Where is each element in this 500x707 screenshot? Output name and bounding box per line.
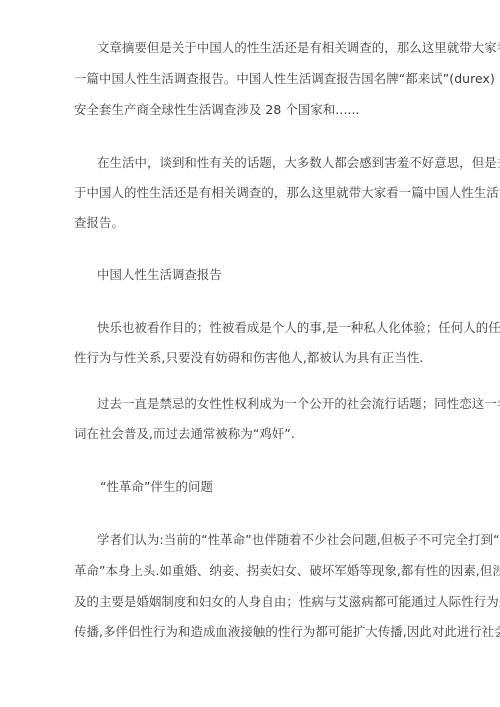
text-line: 文章摘要但是关于中国人的性生活还是有相关调查的，那么这里就带大家看 [97, 40, 500, 56]
section-heading: 中国人性生活调查报告 [97, 267, 222, 283]
section-heading: “性革命”伴生的问题 [100, 479, 213, 495]
text-line: 革命”本身上头.如重婚、纳妾、拐卖妇女、破坏军婚等现象,都有性的因素,但涉 [74, 563, 500, 579]
text-line: 一篇中国人性生活调查报告。中国人性生活调查报告国名牌“都来试”(durex) [74, 71, 495, 87]
text-line: 安全套生产商全球性生活调查涉及 28 个国家和...... [74, 102, 360, 118]
text-line: 于中国人的性生活还是有相关调查的，那么这里就带大家看一篇中国人性生活调 [74, 185, 500, 201]
text-line: 在生活中，谈到和性有关的话题，大多数人都会感到害羞不好意思，但是关 [97, 155, 500, 171]
text-line: 查报告。 [74, 215, 124, 231]
text-line: 快乐也被看作目的；性被看成是个人的事,是一种私人化体验；任何人的任何 [97, 320, 500, 336]
text-line: 及的主要是婚姻制度和妇女的人身自由；性病与艾滋病都可能通过人际性行为来 [74, 594, 500, 610]
document-page: 文章摘要但是关于中国人的性生活还是有相关调查的，那么这里就带大家看 一篇中国人性… [0, 0, 500, 707]
text-line: 词在社会普及,而过去通常被称为“鸡奸”. [74, 426, 295, 442]
text-line: 学者们认为:当前的“性革命”也伴随着不少社会问题,但板子不可完全打到“性 [97, 532, 500, 548]
text-line: 性行为与性关系,只要没有妨碍和伤害他人,都被认为具有正当性. [74, 350, 423, 366]
text-line: 传播,多伴侣性行为和造成血液接触的性行为都可能扩大传播,因此对此进行社会 [74, 624, 500, 640]
text-line: 过去一直是禁忌的女性性权利成为一个公开的社会流行话题；同性恋这一名 [97, 396, 500, 412]
